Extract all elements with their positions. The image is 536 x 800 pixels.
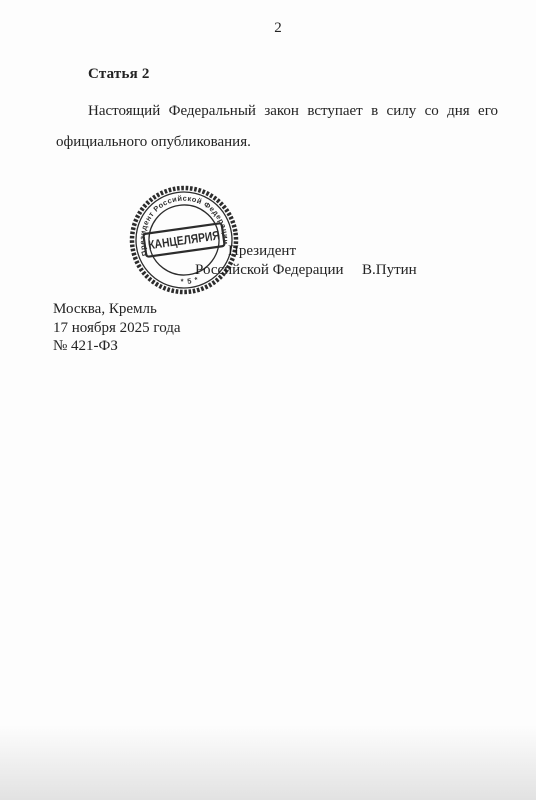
chancellery-seal-stamp: Президент Российской Федерации * 5 * КАН… [127, 183, 241, 297]
article-body-line-1: Настоящий Федеральный закон вступает в с… [56, 96, 498, 127]
law-number: № 421-ФЗ [53, 337, 181, 356]
article-body: Настоящий Федеральный закон вступает в с… [56, 96, 498, 158]
issuance-place: Москва, Кремль [53, 300, 181, 319]
signature-signer-name: В.Путин [362, 262, 417, 279]
page-bottom-shade [0, 725, 536, 800]
svg-text:* 5 *: * 5 * [179, 274, 200, 287]
stamp-bottom-text: * 5 * [179, 274, 200, 287]
article-body-line-2: официального опубликования. [56, 127, 498, 158]
issuance-block: Москва, Кремль 17 ноября 2025 года № 421… [53, 300, 181, 356]
issuance-date: 17 ноября 2025 года [53, 319, 181, 338]
document-page: 2 Статья 2 Настоящий Федеральный закон в… [0, 0, 536, 800]
article-heading: Статья 2 [88, 66, 150, 83]
page-number: 2 [0, 20, 536, 37]
